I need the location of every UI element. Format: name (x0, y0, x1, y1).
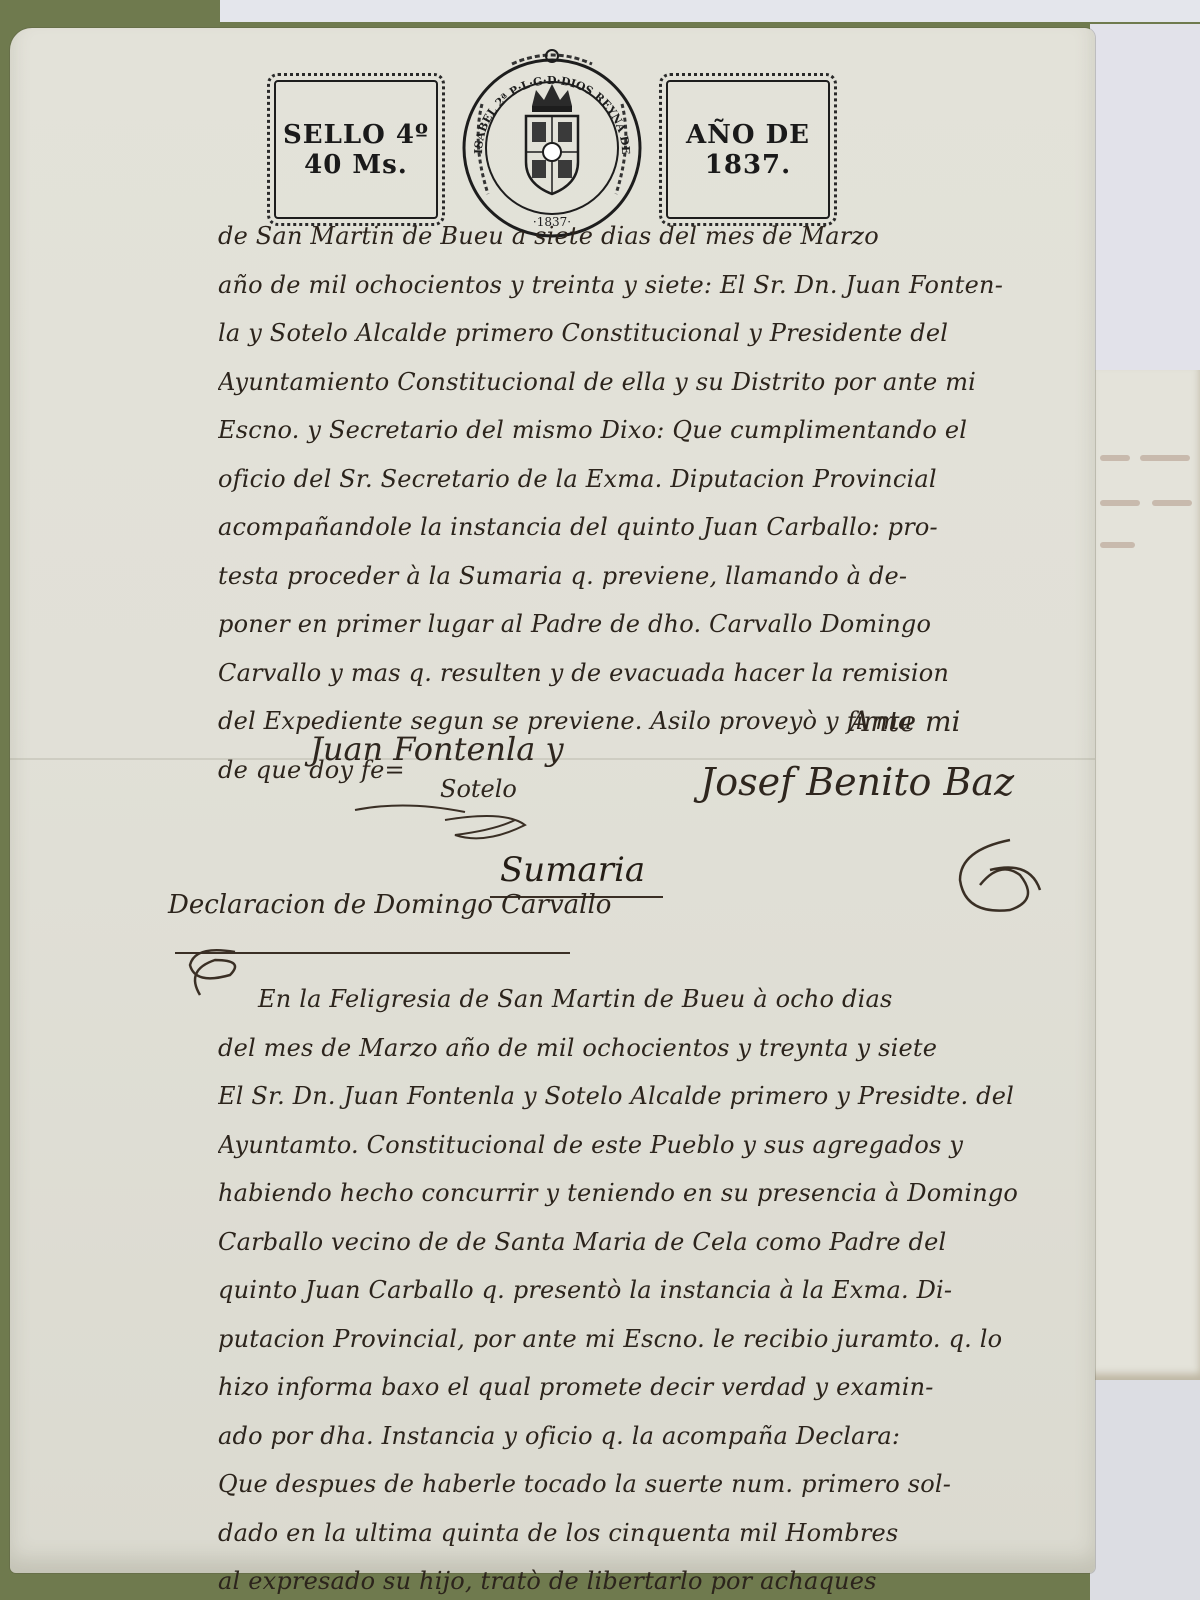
text-line: Ayuntamto. Constitucional de este Pueblo… (218, 1121, 1058, 1170)
paragraph-declaracion: En la Feligresia de San Martin de Bueu à… (218, 975, 1058, 1600)
faint-ink (1100, 455, 1130, 461)
rubric-flourish-icon (345, 790, 545, 850)
text-line: habiendo hecho concurrir y teniendo en s… (218, 1169, 1058, 1218)
text-line: Carballo vecino de de Santa Maria de Cel… (218, 1218, 1058, 1267)
text-line: dado en la ultima quinta de los cinquent… (218, 1509, 1058, 1558)
stamp-year-box: AÑO DE 1837. (666, 80, 830, 219)
faint-ink (1100, 500, 1140, 506)
text-line: hizo informa baxo el qual promete decir … (218, 1363, 1058, 1412)
text-line: El Sr. Dn. Juan Fontenla y Sotelo Alcald… (218, 1072, 1058, 1121)
backing-sheet (220, 0, 1200, 22)
text-line: de San Martin de Bueu a siete dias del m… (218, 212, 1058, 261)
backing-paper-bottom (1090, 1380, 1200, 1600)
text-line: quinto Juan Carballo q. presentò la inst… (218, 1266, 1058, 1315)
text-line: oficio del Sr. Secretario de la Exma. Di… (218, 455, 1058, 504)
text-line: putacion Provincial, por ante mi Escno. … (218, 1315, 1058, 1364)
stamp-seal-price: 40 Ms. (304, 150, 408, 180)
backing-paper (1090, 24, 1200, 384)
faint-ink (1140, 455, 1190, 461)
margin-heading-declaracion: Declaracion de Domingo Carvallo (168, 890, 611, 920)
text-line: En la Feligresia de San Martin de Bueu à… (218, 975, 1058, 1024)
stamp-year-label: AÑO DE (686, 120, 810, 150)
text-line: Escno. y Secretario del mismo Dixo: Que … (218, 406, 1058, 455)
text-line: acompañandole la instancia del quinto Ju… (218, 503, 1058, 552)
text-line: testa proceder à la Sumaria q. previene,… (218, 552, 1058, 601)
text-line: del mes de Marzo año de mil ochocientos … (218, 1024, 1058, 1073)
stamp-year-value: 1837. (705, 150, 791, 180)
text-line: la y Sotelo Alcalde primero Constitucion… (218, 309, 1058, 358)
faint-ink (1152, 500, 1192, 506)
text-line: Carvallo y mas q. resulten y de evacuada… (218, 649, 1058, 698)
stamp-seal-class: SELLO 4º (283, 120, 429, 150)
signature-escribano-prefix: Ante mi (850, 705, 960, 738)
text-line: año de mil ochocientos y treinta y siete… (218, 261, 1058, 310)
text-line: ado por dha. Instancia y oficio q. la ac… (218, 1412, 1058, 1461)
signature-alcalde-name: Juan Fontenla y (310, 730, 564, 768)
rubric-flourish-icon (940, 830, 1050, 930)
text-line: al expresado su hijo, tratò de libertarl… (218, 1557, 1058, 1600)
text-line: Que despues de haberle tocado la suerte … (218, 1460, 1058, 1509)
text-line: poner en primer lugar al Padre de dho. C… (218, 600, 1058, 649)
faint-ink (1100, 542, 1135, 548)
second-document-sheet (1090, 370, 1200, 1380)
signature-escribano-name: Josef Benito Baz (700, 760, 1014, 804)
stamp-seal-value-box: SELLO 4º 40 Ms. (274, 80, 438, 219)
text-line: Ayuntamiento Constitucional de ella y su… (218, 358, 1058, 407)
